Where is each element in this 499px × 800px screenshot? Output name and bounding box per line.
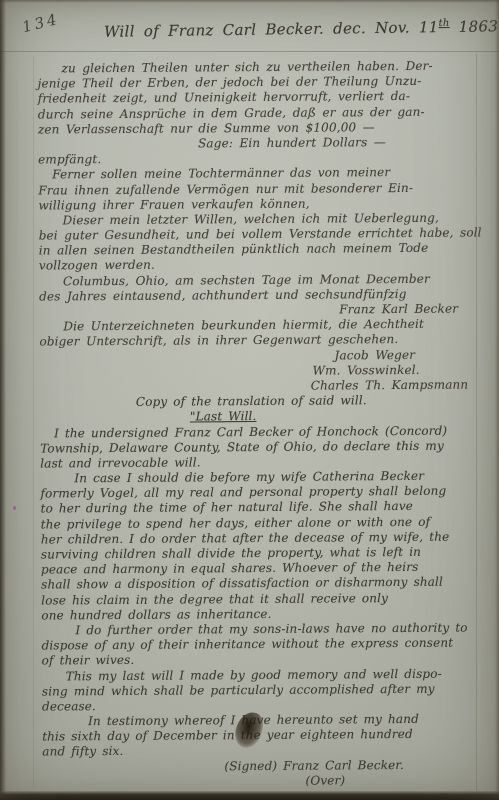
last-will-heading-text: "Last Will. bbox=[190, 409, 257, 423]
page-right-edge bbox=[495, 0, 499, 800]
page-title: Will of Franz Carl Becker. dec. Nov. 11t… bbox=[104, 17, 499, 41]
title-ordinal-suffix: th bbox=[438, 18, 449, 29]
manuscript-text: zu gleichen Theilen unter sich zu verthe… bbox=[37, 58, 475, 790]
page-number: 134 bbox=[20, 10, 61, 37]
right-margin-line bbox=[476, 54, 477, 791]
left-margin-crease bbox=[33, 56, 34, 786]
magenta-speck bbox=[13, 506, 16, 510]
witness-signature: Charles Th. Kampsmann bbox=[40, 377, 473, 395]
scanned-will-page: 134 Will of Franz Carl Becker. dec. Nov.… bbox=[0, 0, 499, 800]
english-line: sing mind which shall be particularly ac… bbox=[42, 681, 475, 699]
book-gutter-edge bbox=[0, 0, 6, 800]
german-line: Frau ihnen zufallende Vermögen nur mit b… bbox=[38, 180, 471, 198]
english-line: shall show a disposition of dissatisfact… bbox=[41, 575, 474, 593]
page-top-edge bbox=[0, 0, 499, 3]
german-dateline: Columbus, Ohio, am sechsten Tage im Mona… bbox=[39, 271, 472, 289]
german-line: durch seine Ansprüche in dem Grade, daß … bbox=[38, 104, 471, 122]
binding-shadow bbox=[0, 791, 499, 800]
title-year: 1863. bbox=[459, 17, 499, 36]
header-rule-line bbox=[0, 51, 499, 52]
title-text: Will of Franz Carl Becker. dec. Nov. 11 bbox=[104, 18, 439, 41]
english-line: Township, Delaware County, State of Ohio… bbox=[40, 438, 473, 456]
over-note: (Over) bbox=[42, 772, 475, 790]
